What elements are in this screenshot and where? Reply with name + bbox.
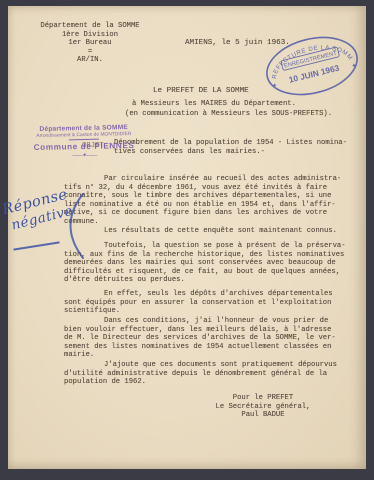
handwritten-paren [57,191,87,261]
body-paragraph: En effet, seuls les dépôts d'archives dé… [64,290,352,316]
sender-block: Département de la SOMME 1ère Division 1e… [30,22,150,65]
subject-text: Dénombrement de la population de 1954 - … [114,139,347,156]
cc-line: (en communication à Messieurs les SOUS-P… [125,110,332,119]
signature-block: Pour le PREFET Le Secrétaire général, Pa… [198,394,328,420]
prefect-line: Le PREFET DE LA SOMME [153,87,249,96]
body-paragraph: J'ajoute que ces documents sont pratique… [64,361,352,387]
registration-stamp: PREFECTURE DE LA SOMME ENREGISTREMENT 10… [256,26,368,106]
body-paragraph: Les résultats de cette enquête sont main… [64,227,352,236]
stamp-ornament-left-icon: ✦ [271,82,279,90]
commune-stamp: Département de la SOMME Arrondissement &… [22,124,147,161]
body-paragraph: Par circulaire insérée au recueil des ac… [64,175,352,227]
commune-stamp-rule [69,139,99,141]
body-paragraph: Dans ces conditions, j'ai l'honneur de v… [64,317,352,360]
body-paragraph: Toutefois, la question se pose à présent… [64,242,356,285]
